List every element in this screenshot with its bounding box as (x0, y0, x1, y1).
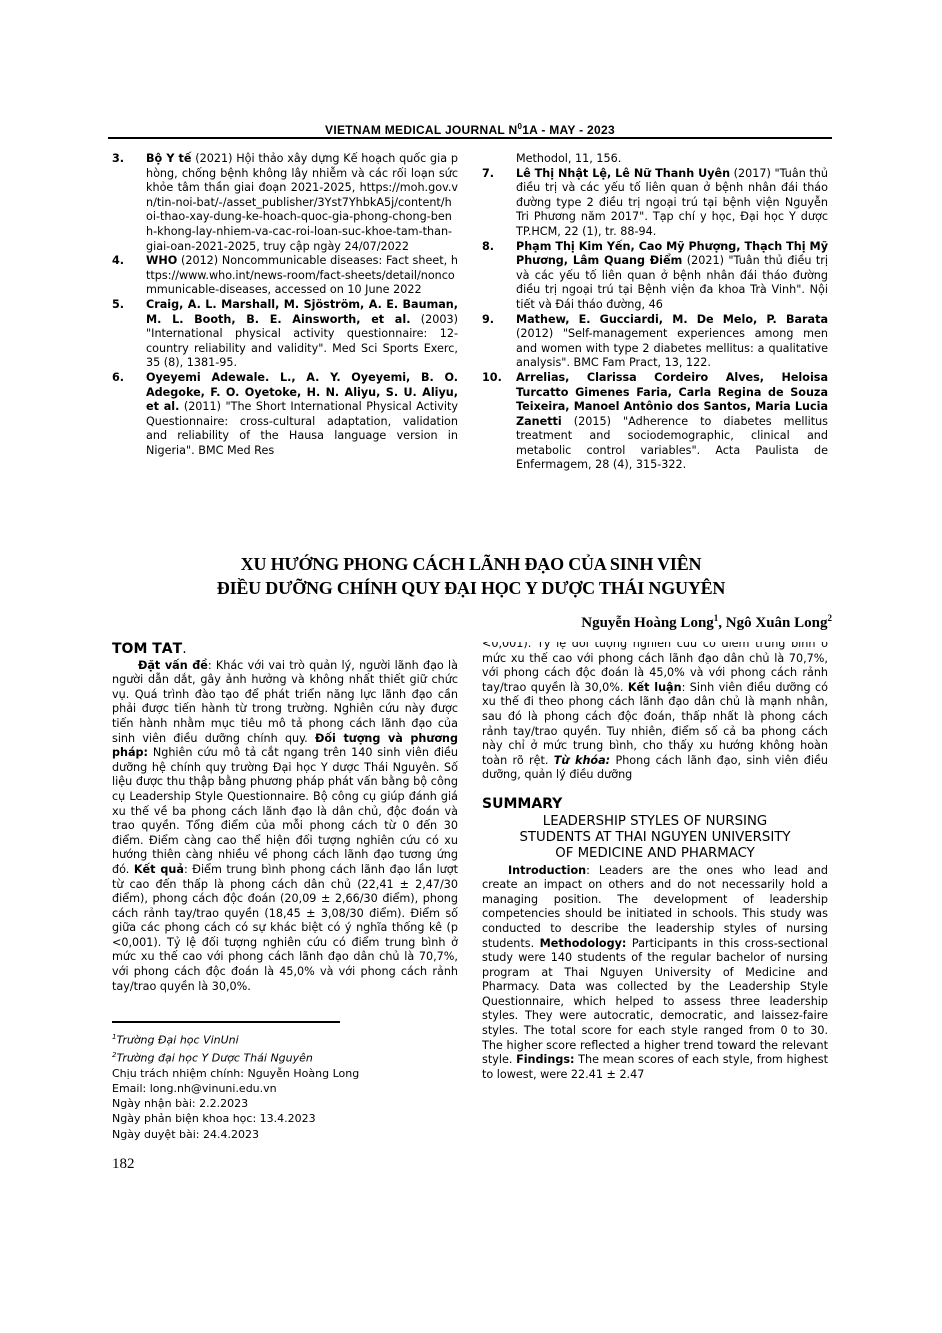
journal-page: VIETNAM MEDICAL JOURNAL N01A - MAY - 202… (0, 0, 942, 1333)
label-conclusion: Kết luận (628, 681, 682, 694)
affiliation-text: Trường đại học Y Dược Thái Nguyên (116, 1052, 312, 1065)
article-title-line: ĐIỀU DƯỠNG CHÍNH QUY ĐẠI HỌC Y DƯỢC THÁI… (110, 576, 832, 600)
label-results: Kết quả (134, 863, 184, 876)
abstract-vi-heading: TÓM TẮT. (112, 642, 458, 657)
reference-text: (2021) Hội thảo xây dựng Kế hoạch quốc g… (146, 152, 458, 253)
abstract-right-column: <0,001). Tỷ lệ đối tượng nghiên cứu có đ… (482, 642, 828, 1142)
abstract-results: : Điểm trung bình phong cách lãnh đạo lầ… (112, 863, 458, 993)
abstract-vi-column: TÓM TẮT. Đặt vấn đề: Khác với vai trò qu… (112, 642, 458, 1010)
reference-number: 9. (482, 313, 512, 328)
abstract-vi-body: Đặt vấn đề: Khác với vai trò quản lý, ng… (112, 659, 458, 995)
affiliation-1: 1Trường Đại học VinUni (112, 1030, 462, 1048)
summary-title-line: LEADERSHIP STYLES OF NURSING (482, 814, 828, 830)
summary-methodology: Participants in this cross-sectional stu… (482, 937, 828, 1067)
summary-body: Introduction: Leaders are the ones who l… (482, 864, 828, 1083)
reference-text: (2012) "Self-management experiences amon… (516, 327, 828, 369)
affiliation-2: 2Trường đại học Y Dược Thái Nguyên (112, 1048, 462, 1066)
reference-number: 5. (112, 298, 142, 313)
footnote-rule (112, 1021, 340, 1023)
label-introduction: Introduction (508, 864, 586, 877)
reference-item: 6. Oyeyemi Adewale. L., A. Y. Oyeyemi, B… (112, 371, 458, 459)
date-reviewed: Ngày phản biện khoa học: 13.4.2023 (112, 1111, 462, 1126)
label-keywords: Từ khóa: (554, 754, 610, 767)
reference-authors: Mathew, E. Gucciardi, M. De Melo, P. Bar… (516, 313, 828, 326)
reference-number: 8. (482, 240, 512, 255)
abstract-vi-heading-text: TÓM TẮT (112, 642, 182, 657)
label-background: Đặt vấn đề (138, 659, 208, 672)
abstract-vi-continuation: <0,001). Tỷ lệ đối tượng nghiên cứu có đ… (482, 642, 828, 783)
reference-text: (2011) "The Short International Physical… (146, 400, 458, 457)
author-name: Nguyễn Hoàng Long (581, 615, 714, 631)
heading-dot: . (182, 642, 186, 657)
reference-number: 3. (112, 152, 142, 167)
reference-authors: WHO (146, 254, 177, 267)
article-authors: Nguyễn Hoàng Long1, Ngô Xuân Long2 (581, 613, 832, 632)
journal-name: VIETNAM MEDICAL JOURNAL N (325, 123, 517, 137)
reference-number: 4. (112, 254, 142, 269)
affiliation-text: Trường Đại học VinUni (116, 1034, 238, 1047)
corresponding-author: Chịu trách nhiệm chính: Nguyễn Hoàng Lon… (112, 1066, 462, 1081)
reference-text: (2015) "Adherence to diabetes mellitus t… (516, 415, 828, 472)
journal-issue: 1A - MAY - 2023 (522, 123, 615, 137)
reference-number: 10. (482, 371, 512, 386)
reference-item: 8. Phạm Thị Kim Yến, Cao Mỹ Phượng, Thạc… (482, 240, 828, 313)
label-methodology: Methodology: (540, 937, 627, 950)
article-title: XU HƯỚNG PHONG CÁCH LÃNH ĐẠO CỦA SINH VI… (110, 552, 832, 600)
reference-number: 6. (112, 371, 142, 386)
date-accepted: Ngày duyệt bài: 24.4.2023 (112, 1127, 462, 1142)
abstract-methods: Nghiên cứu mô tả cắt ngang trên 140 sinh… (112, 746, 458, 876)
label-findings: Findings: (516, 1053, 574, 1066)
reference-item: 7. Lê Thị Nhật Lệ, Lê Nữ Thanh Uyên (201… (482, 167, 828, 240)
author-name: Ngô Xuân Long (726, 615, 828, 631)
summary-heading: SUMMARY (482, 797, 828, 812)
reference-text: (2012) Noncommunicable diseases: Fact sh… (146, 254, 458, 296)
reference-item: 10. Arrelias, Clarissa Cordeiro Alves, H… (482, 371, 828, 473)
reference-number: 7. (482, 167, 512, 182)
reference-authors: Bộ Y tế (146, 152, 191, 165)
article-title-line: XU HƯỚNG PHONG CÁCH LÃNH ĐẠO CỦA SINH VI… (110, 552, 832, 576)
reference-continuation: Methodol, 11, 156. (482, 152, 828, 167)
header-rule (108, 137, 832, 139)
references-left-column: 3. Bộ Y tế (2021) Hội thảo xây dựng Kế h… (112, 152, 458, 458)
summary-title: LEADERSHIP STYLES OF NURSING STUDENTS AT… (482, 814, 828, 862)
author-affiliation-sup: 2 (828, 613, 833, 623)
reference-item: 3. Bộ Y tế (2021) Hội thảo xây dựng Kế h… (112, 152, 458, 254)
reference-item: 9. Mathew, E. Gucciardi, M. De Melo, P. … (482, 313, 828, 371)
summary-title-line: STUDENTS AT THAI NGUYEN UNIVERSITY (482, 830, 828, 846)
summary-title-line: OF MEDICINE AND PHARMACY (482, 846, 828, 862)
page-number: 182 (112, 1156, 135, 1173)
reference-item: 5. Craig, A. L. Marshall, M. Sjöström, A… (112, 298, 458, 371)
footnotes: 1Trường Đại học VinUni 2Trường đại học Y… (112, 1030, 462, 1142)
author-separator: , (718, 615, 726, 631)
email: Email: long.nh@vinuni.edu.vn (112, 1081, 462, 1096)
reference-item: 4. WHO (2012) Noncommunicable diseases: … (112, 254, 458, 298)
date-received: Ngày nhận bài: 2.2.2023 (112, 1096, 462, 1111)
references-right-column: Methodol, 11, 156. 7. Lê Thị Nhật Lệ, Lê… (482, 152, 828, 473)
running-header: VIETNAM MEDICAL JOURNAL N01A - MAY - 202… (108, 122, 832, 137)
reference-authors: Lê Thị Nhật Lệ, Lê Nữ Thanh Uyên (516, 167, 730, 180)
